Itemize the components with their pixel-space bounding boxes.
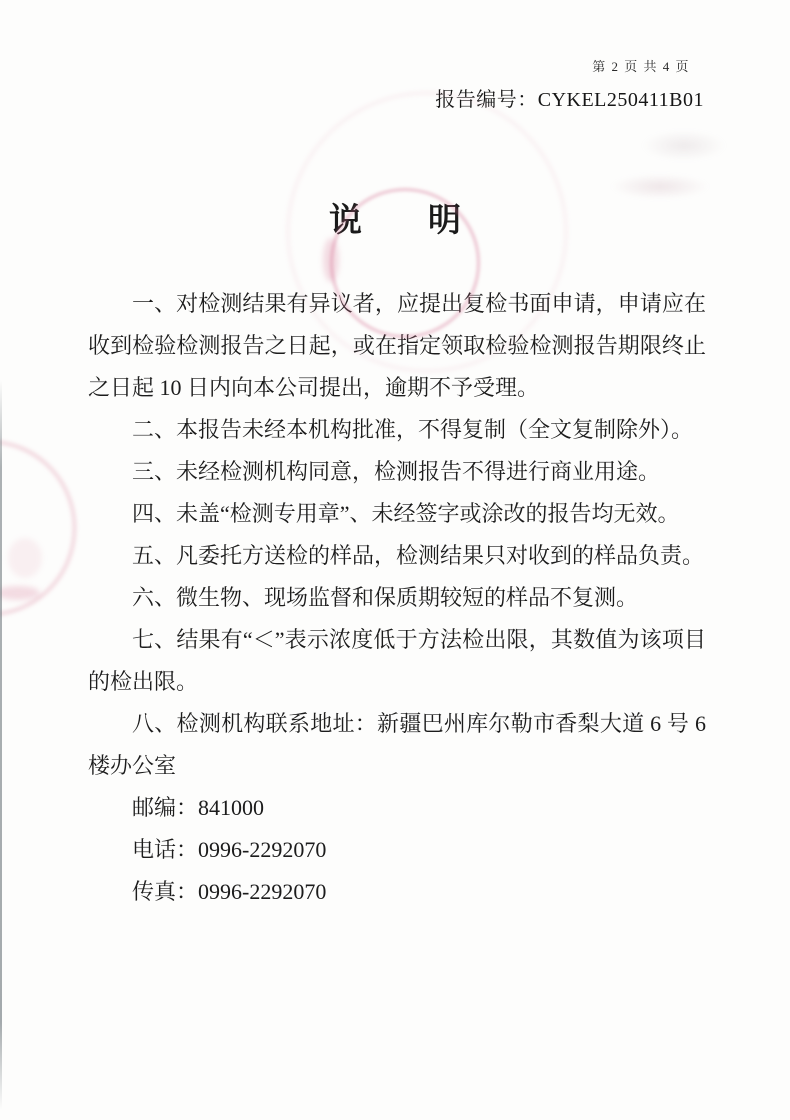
fax-line: 传真：0996-2292070 (88, 871, 706, 913)
postcode-line: 邮编：841000 (88, 787, 706, 829)
report-number-value: CYKEL250411B01 (538, 89, 704, 111)
red-seal-ink-smudge (323, 238, 339, 282)
note-item-1: 一、对检测结果有异议者，应提出复检书面申请，申请应在收到检验检测报告之日起，或在… (88, 283, 706, 409)
phone-line: 电话：0996-2292070 (88, 829, 706, 871)
document-title: 说 明 (0, 201, 790, 241)
report-number-label: 报告编号： (435, 89, 538, 111)
note-item-6: 六、微生物、现场监督和保质期较短的样品不复测。 (88, 577, 706, 619)
report-number: 报告编号：CYKEL250411B01 (0, 87, 790, 113)
note-item-2: 二、本报告未经本机构批准，不得复制（全文复制除外）。 (88, 409, 706, 451)
notes-section: 一、对检测结果有异议者，应提出复检书面申请，申请应在收到检验检测报告之日起，或在… (0, 283, 790, 913)
page-indicator: 第 2 页 共 4 页 (0, 57, 790, 76)
note-item-5: 五、凡委托方送检的样品，检测结果只对收到的样品负责。 (88, 535, 706, 577)
note-item-8: 八、检测机构联系地址：新疆巴州库尔勒市香梨大道 6 号 6 楼办公室 (88, 703, 706, 787)
note-item-7: 七、结果有“＜”表示浓度低于方法检出限，其数值为该项目的检出限。 (88, 619, 706, 703)
report-page: 第 2 页 共 4 页 报告编号：CYKEL250411B01 说 明 一、对检… (0, 0, 790, 1120)
note-item-3: 三、未经检测机构同意，检测报告不得进行商业用途。 (88, 451, 706, 493)
ink-bleed-through-artifact (588, 125, 748, 207)
page-header: 第 2 页 共 4 页 报告编号：CYKEL250411B01 (0, 0, 790, 113)
note-item-4: 四、未盖“检测专用章”、未经签字或涂改的报告均无效。 (88, 493, 706, 535)
